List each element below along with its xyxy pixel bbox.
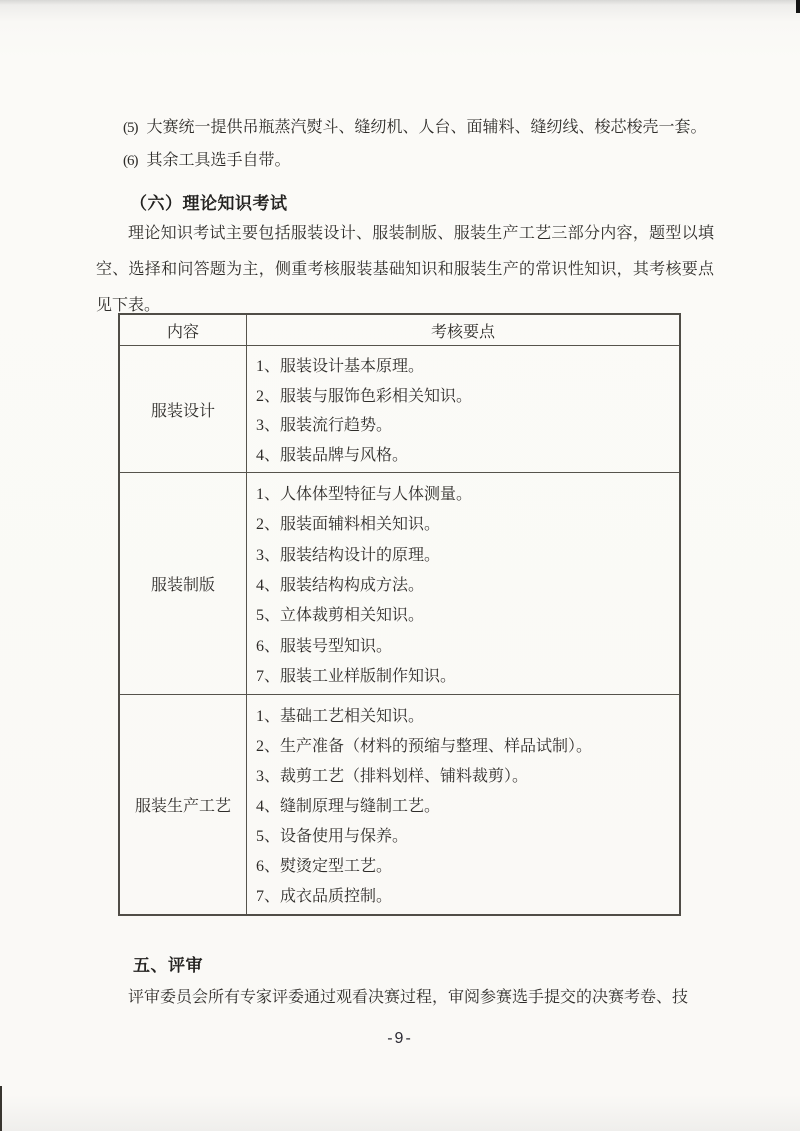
- table-point: 4、服装结构构成方法。: [256, 572, 673, 595]
- list-item-6: (6)其余工具选手自带。: [123, 147, 723, 170]
- document-page: (5)大赛统一提供吊瓶蒸汽熨斗、缝纫机、人台、面辅料、缝纫线、梭芯梭壳一套。 (…: [0, 0, 800, 1131]
- table-point: 1、服装设计基本原理。: [256, 353, 673, 376]
- theory-exam-paragraph: 理论知识考试主要包括服装设计、服装制版、服装生产工艺三部分内容，题型以填空、选择…: [96, 216, 714, 324]
- table-header-points: 考核要点: [246, 315, 679, 345]
- table-point: 2、生产准备（材料的预缩与整理、样品试制）。: [256, 733, 673, 756]
- table-points-production: 1、基础工艺相关知识。 2、生产准备（材料的预缩与整理、样品试制）。 3、裁剪工…: [246, 694, 679, 914]
- table-point: 7、服装工业样版制作知识。: [256, 663, 673, 686]
- table-point: 3、裁剪工艺（排料划样、铺料裁剪）。: [256, 763, 673, 786]
- section-heading-theory-exam: （六）理论知识考试: [130, 189, 288, 214]
- table-point: 6、服装号型知识。: [256, 633, 673, 656]
- table-category-production: 服装生产工艺: [120, 694, 246, 914]
- table-point: 6、熨烫定型工艺。: [256, 853, 673, 876]
- page-number: -9-: [0, 1030, 800, 1048]
- list-item-number: (6): [123, 153, 138, 170]
- table-header-content: 内容: [120, 315, 246, 345]
- review-paragraph: 评审委员会所有专家评委通过观看决赛过程，审阅参赛选手提交的决赛考卷、技: [96, 980, 714, 1016]
- table-point: 5、立体裁剪相关知识。: [256, 602, 673, 625]
- section-heading-review: 五、评审: [133, 951, 203, 976]
- table-point: 3、服装结构设计的原理。: [256, 542, 673, 565]
- exam-points-table: 内容 考核要点 服装设计 1、服装设计基本原理。 2、服装与服饰色彩相关知识。 …: [118, 313, 681, 916]
- table-point: 2、服装与服饰色彩相关知识。: [256, 383, 673, 406]
- list-item-5: (5)大赛统一提供吊瓶蒸汽熨斗、缝纫机、人台、面辅料、缝纫线、梭芯梭壳一套。: [123, 114, 723, 137]
- table-point: 2、服装面辅料相关知识。: [256, 511, 673, 534]
- table-point: 7、成衣品质控制。: [256, 883, 673, 906]
- table-point: 5、设备使用与保养。: [256, 823, 673, 846]
- scan-artifact-bottom-left: [0, 1086, 2, 1131]
- list-item-text: 大赛统一提供吊瓶蒸汽熨斗、缝纫机、人台、面辅料、缝纫线、梭芯梭壳一套。: [147, 119, 707, 136]
- table-category-design: 服装设计: [120, 345, 246, 472]
- table-category-patternmaking: 服装制版: [120, 472, 246, 694]
- table-point: 4、缝制原理与缝制工艺。: [256, 793, 673, 816]
- list-item-number: (5): [123, 120, 138, 137]
- table-point: 1、基础工艺相关知识。: [256, 703, 673, 726]
- scan-artifact-top-right: [796, 0, 800, 13]
- table-point: 1、人体体型特征与人体测量。: [256, 481, 673, 504]
- list-item-text: 其余工具选手自带。: [147, 152, 291, 169]
- table-point: 4、服装品牌与风格。: [256, 442, 673, 465]
- table-points-design: 1、服装设计基本原理。 2、服装与服饰色彩相关知识。 3、服装流行趋势。 4、服…: [246, 345, 679, 472]
- table-point: 3、服装流行趋势。: [256, 412, 673, 435]
- table-points-patternmaking: 1、人体体型特征与人体测量。 2、服装面辅料相关知识。 3、服装结构设计的原理。…: [246, 472, 679, 694]
